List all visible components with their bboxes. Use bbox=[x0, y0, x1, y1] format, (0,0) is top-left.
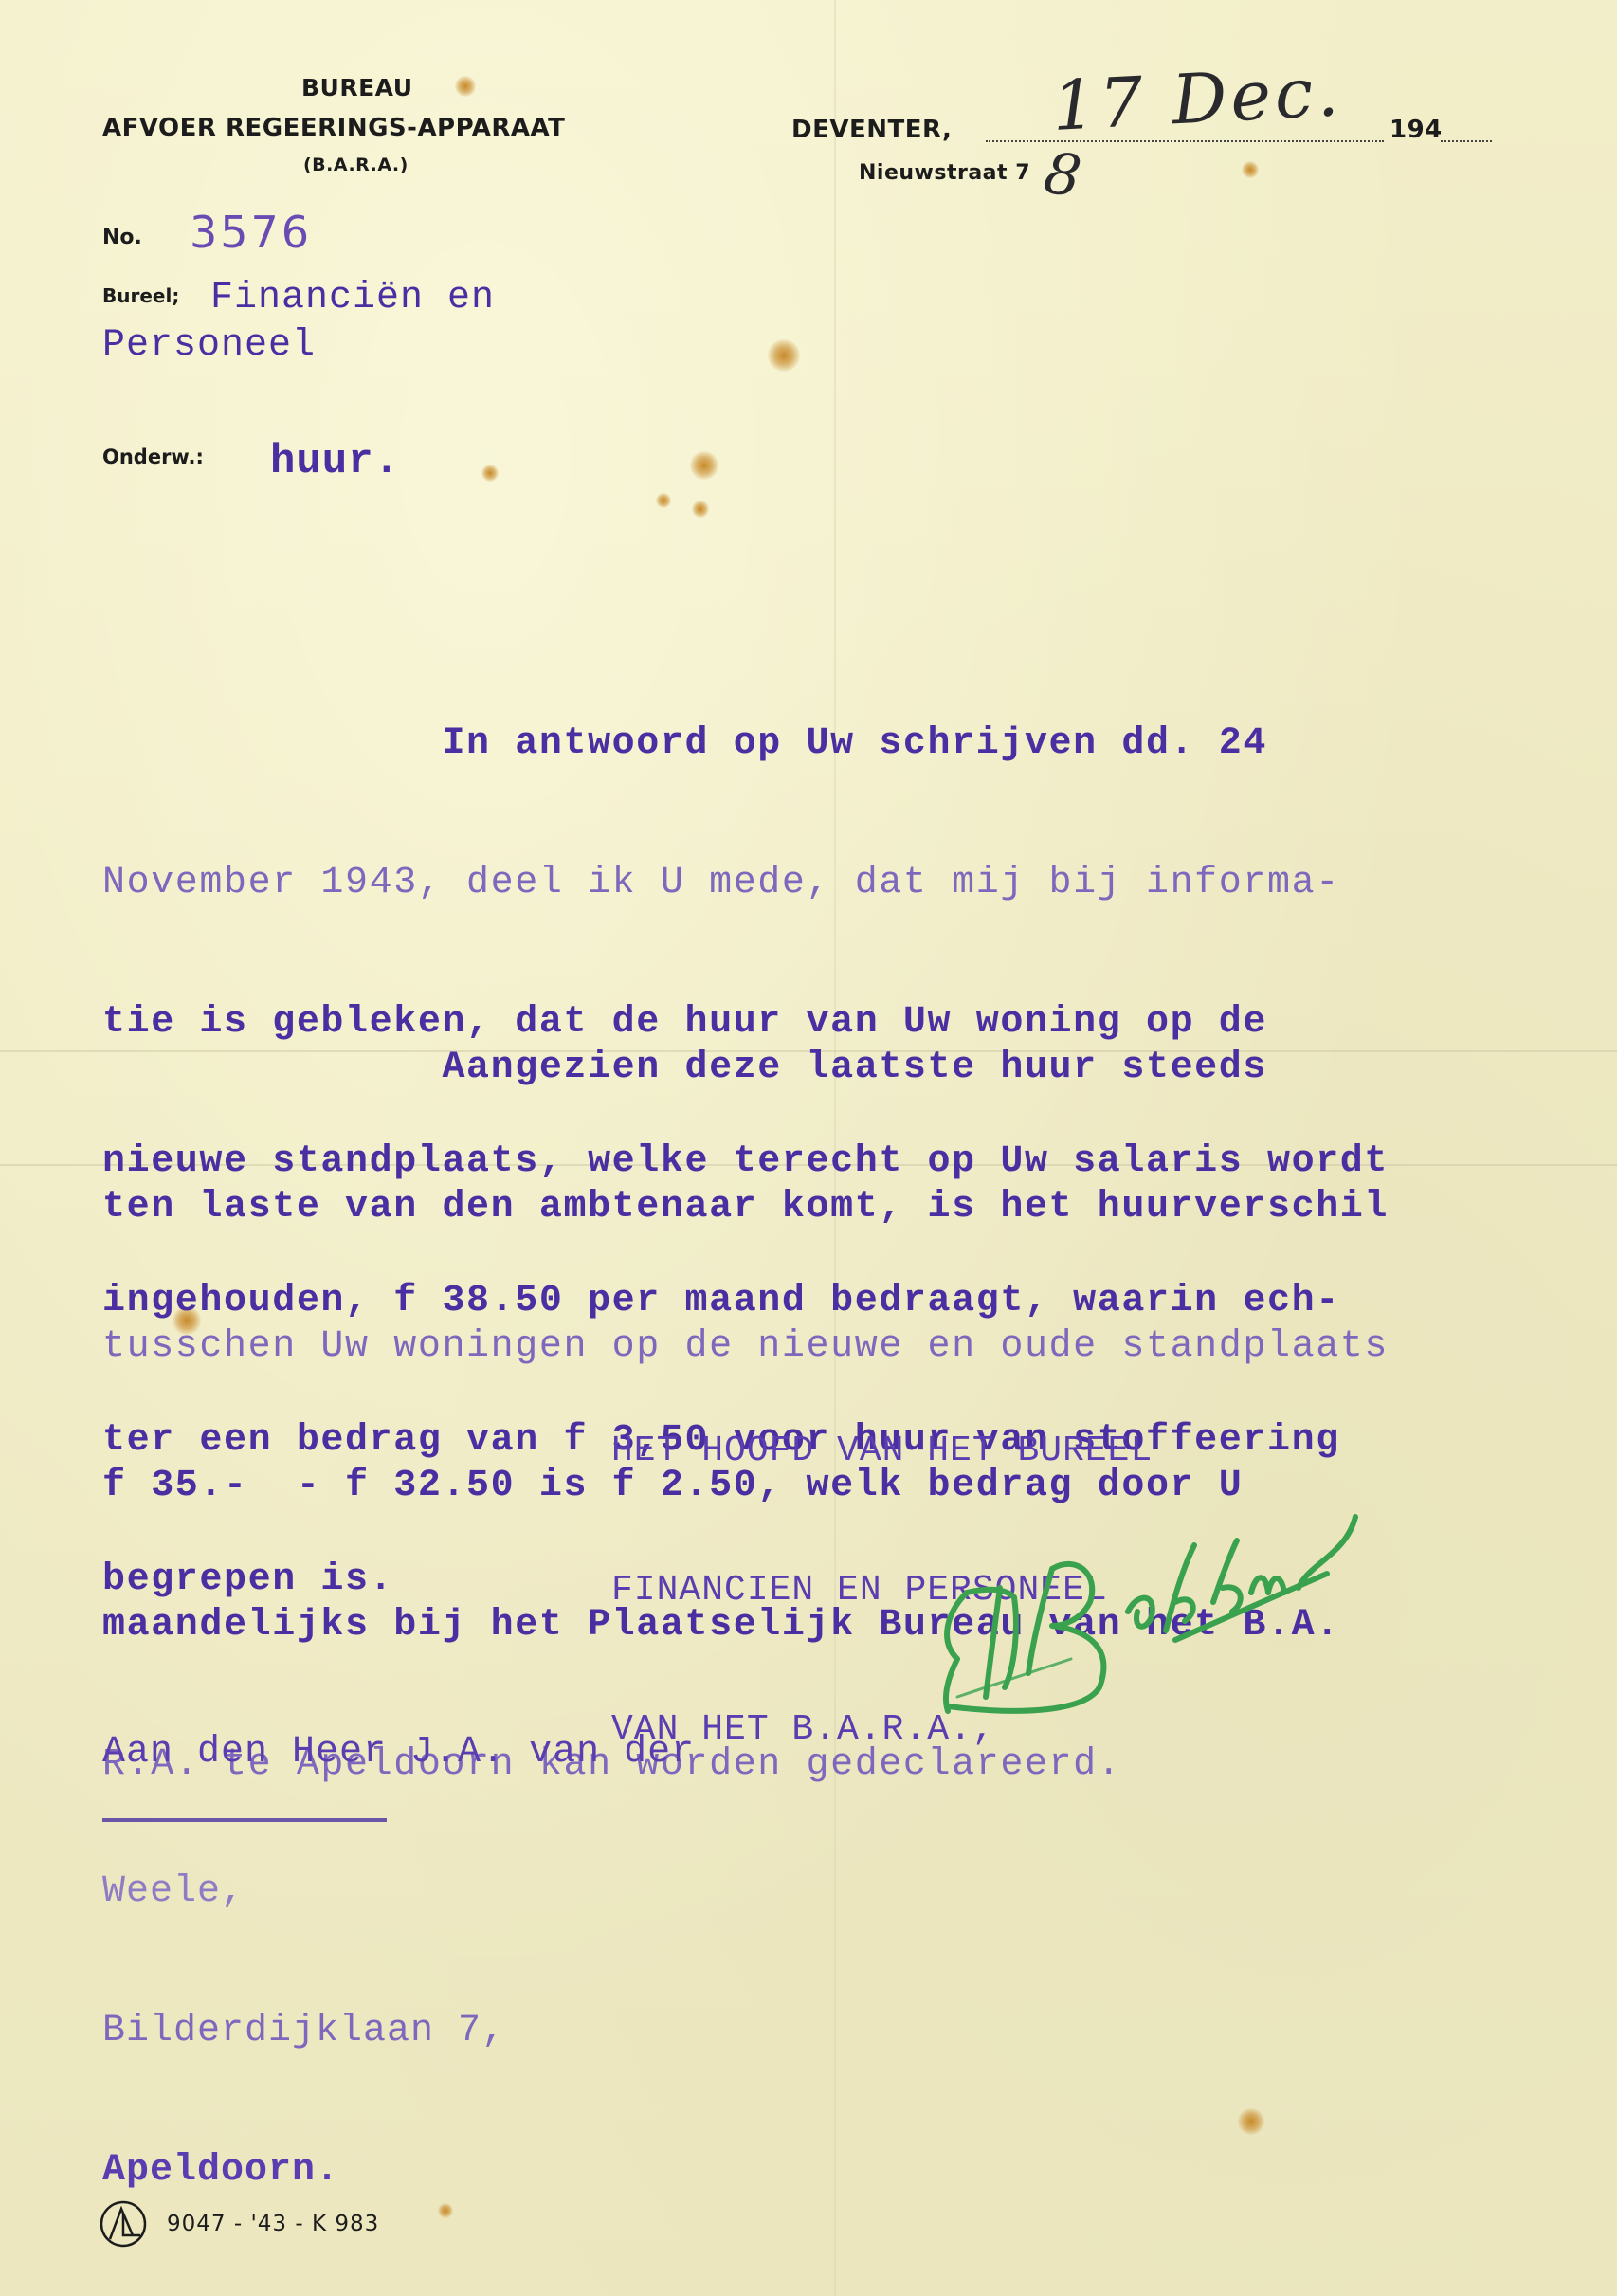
letter-page: BUREAU AFVOER REGEERINGS-APPARAAT (B.A.R… bbox=[0, 0, 1617, 2296]
letterhead-street: Nieuwstraat 7 bbox=[859, 161, 1030, 185]
handwritten-date: 17 Dec. bbox=[1050, 51, 1344, 146]
date-dotted-line bbox=[986, 140, 1384, 142]
city-underline bbox=[102, 1818, 387, 1822]
bureel-value-line1: Financiën en bbox=[210, 277, 495, 319]
foxing-stain bbox=[481, 465, 499, 482]
bureel-value-line2: Personeel bbox=[102, 324, 316, 367]
number-label: No. bbox=[102, 226, 142, 249]
print-code: 9047 - '43 - K 983 bbox=[167, 2212, 379, 2236]
body-line: ten laste van den ambtenaar komt, is het… bbox=[102, 1184, 1389, 1230]
bureel-label: Bureel; bbox=[102, 284, 179, 307]
foxing-stain bbox=[692, 501, 709, 518]
addressee-city: Apeldoorn. bbox=[102, 2147, 695, 2194]
letterhead-city: DEVENTER, bbox=[791, 116, 952, 144]
addressee-line1: Aan den Heer J.A. van der bbox=[102, 1729, 695, 1776]
addressee-line2: Weele, bbox=[102, 1868, 695, 1915]
letterhead-organization: AFVOER REGEERINGS-APPARAAT bbox=[102, 114, 565, 142]
handwritten-year-digit: 8 bbox=[1040, 140, 1085, 211]
foxing-stain bbox=[455, 76, 476, 97]
year-dotted-line bbox=[1441, 140, 1492, 142]
body-line: In antwoord op Uw schrijven dd. 24 bbox=[102, 720, 1389, 767]
handwritten-signature bbox=[910, 1498, 1365, 1725]
addressee-block: Aan den Heer J.A. van der Weele, Bilderd… bbox=[102, 1636, 695, 2287]
body-line: Aangezien deze laatste huur steeds bbox=[102, 1045, 1389, 1091]
signature-title-line1: HET HOOFD VAN HET BUREEL bbox=[611, 1428, 1153, 1474]
subject-value: huur. bbox=[270, 438, 400, 485]
body-line: November 1943, deel ik U mede, dat mij b… bbox=[102, 860, 1389, 906]
foxing-stain bbox=[690, 451, 718, 480]
foxing-stain bbox=[1242, 161, 1259, 178]
addressee-line3: Bilderdijklaan 7, bbox=[102, 2008, 695, 2054]
printer-logo-icon bbox=[99, 2199, 148, 2249]
foxing-stain bbox=[656, 493, 671, 508]
foxing-stain bbox=[768, 339, 800, 372]
letterhead-year-prefix: 194 bbox=[1390, 116, 1443, 144]
letterhead-abbreviation: (B.A.R.A.) bbox=[303, 155, 409, 175]
reference-number: 3576 bbox=[190, 207, 312, 258]
subject-label: Onderw.: bbox=[102, 446, 204, 468]
foxing-stain bbox=[1238, 2108, 1264, 2135]
printer-footer: 9047 - '43 - K 983 bbox=[99, 2199, 379, 2249]
letterhead-bureau: BUREAU bbox=[301, 74, 413, 101]
